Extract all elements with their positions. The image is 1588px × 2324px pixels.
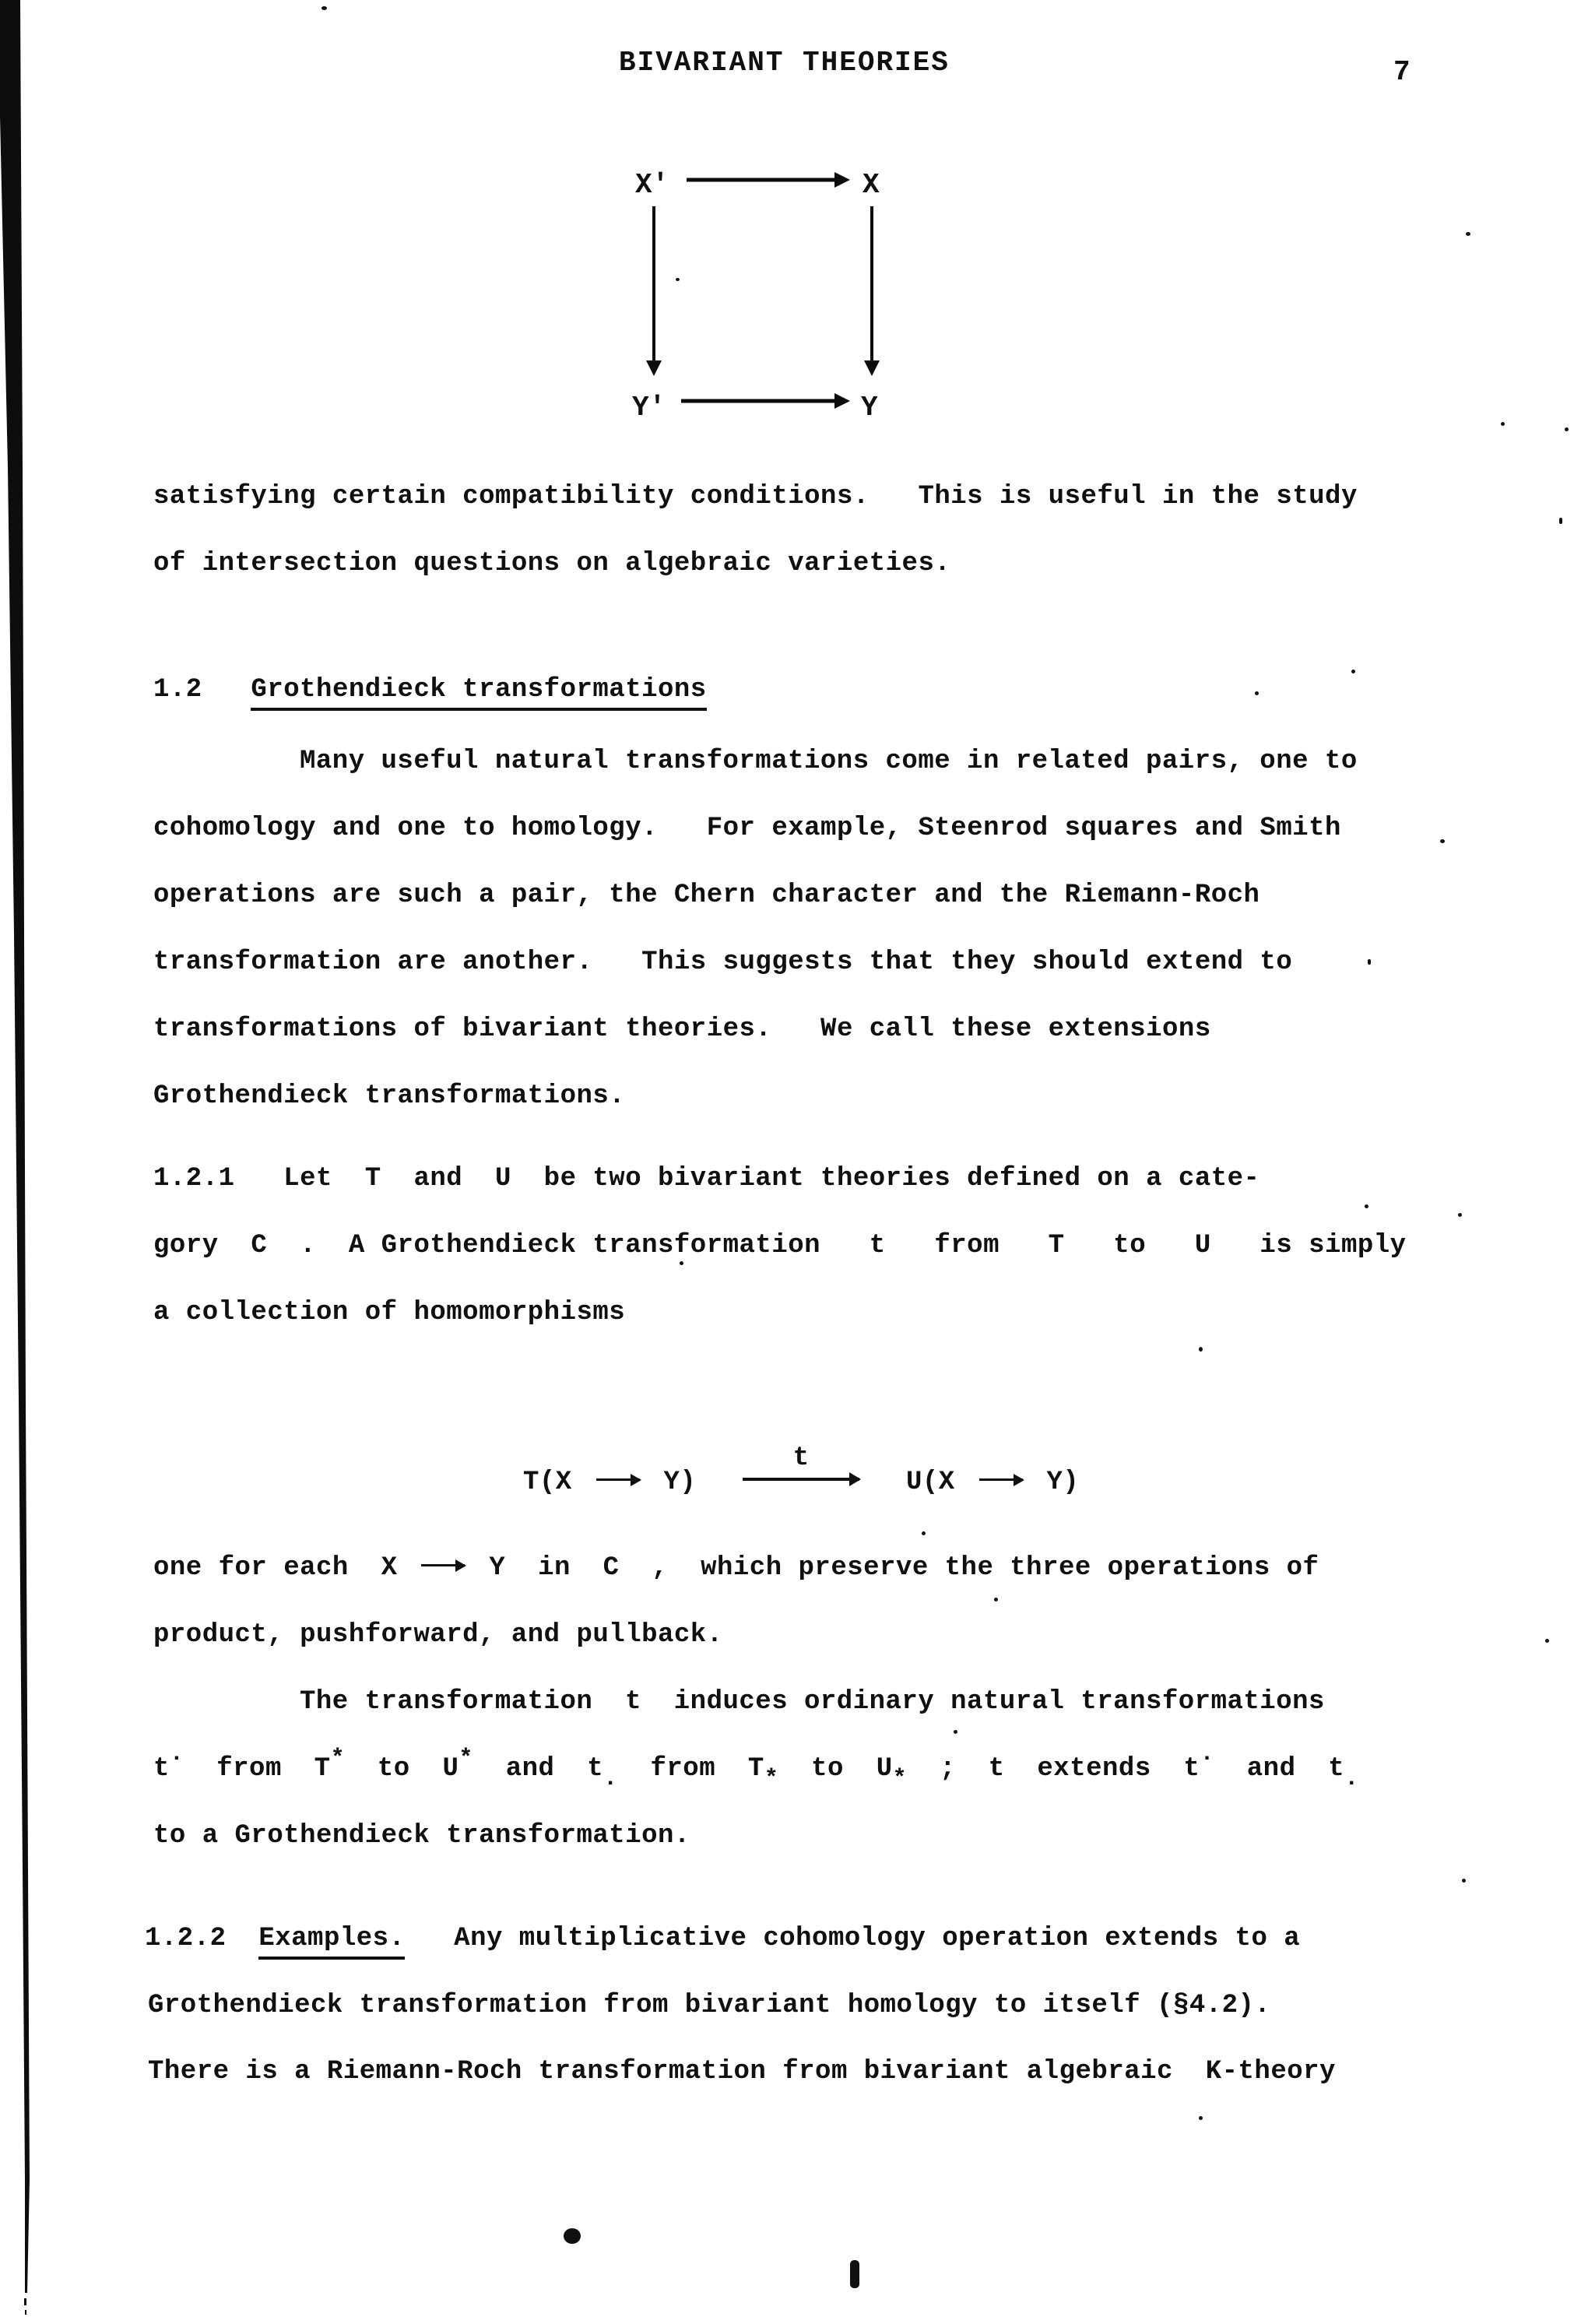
text-line: transformation are another. This suggest… [153, 947, 1292, 978]
section-1-2-2-heading: 1.2.2 Examples. Any multiplicative cohom… [145, 1923, 1300, 1954]
formula-lhs: T(X [523, 1468, 588, 1497]
text-line: satisfying certain compatibility conditi… [153, 481, 1358, 512]
text-line: transformations of bivariant theories. W… [153, 1014, 1211, 1045]
labelled-arrow-icon: t [743, 1478, 859, 1481]
right-arrow-icon [421, 1564, 465, 1566]
text-line: a collection of homomorphisms [153, 1297, 625, 1328]
ink-speck [994, 1598, 998, 1601]
ink-blot [564, 2228, 581, 2244]
text-line: The transformation t induces ordinary na… [300, 1686, 1325, 1718]
text-line: cohomology and one to homology. For exam… [153, 813, 1341, 844]
ink-speck [1351, 670, 1355, 673]
ink-speck [922, 1531, 926, 1535]
page-header-title: BIVARIANT THEORIES [619, 47, 950, 79]
ink-speck [1545, 1639, 1549, 1643]
commutative-square-diagram: X' X Y' Y [615, 152, 911, 432]
induced-transformations-line: t· from T* to U* and t. from T* to U* ; … [153, 1753, 1359, 1785]
text-line: to a Grothendieck transformation. [153, 1820, 690, 1851]
section-title-underlined: Grothendieck transformations [251, 675, 706, 711]
ink-speck [676, 278, 680, 281]
ink-speck [1365, 1204, 1368, 1208]
ink-blot [850, 2260, 859, 2288]
examples-label-underlined: Examples. [258, 1924, 405, 1960]
text-line: Many useful natural transformations come… [300, 746, 1358, 777]
diagram-node-top-right: X [863, 169, 880, 201]
ink-speck [1440, 839, 1445, 843]
right-arrow-icon [596, 1478, 640, 1481]
text-line: operations are such a pair, the Chern ch… [153, 880, 1260, 911]
ink-speck [1462, 1879, 1466, 1883]
text-line: one for each X Y in C , which preserve t… [153, 1552, 1319, 1584]
section-1-2-heading: 1.2 Grothendieck transformations [153, 674, 707, 705]
ink-speck [1466, 232, 1470, 236]
ink-speck [1199, 2116, 1203, 2120]
page-number: 7 [1393, 56, 1411, 88]
text-line: of intersection questions on algebraic v… [153, 548, 950, 579]
ink-speck [321, 6, 327, 10]
text-line: Grothendieck transformations. [153, 1081, 625, 1112]
diagram-node-bottom-left: Y' [632, 392, 666, 424]
scan-edge-artifact [0, 0, 47, 2324]
ink-speck [954, 1730, 957, 1734]
ink-speck [1255, 691, 1259, 695]
right-arrow-icon [979, 1478, 1023, 1481]
ink-speck [1501, 422, 1505, 426]
ink-speck [680, 1261, 683, 1265]
text-line: 1.2.1 Let T and U be two bivariant theor… [153, 1163, 1260, 1194]
section-number: 1.2 [153, 675, 251, 705]
ink-speck [1199, 1347, 1203, 1352]
ink-speck [1368, 959, 1371, 965]
ink-speck [1565, 427, 1569, 431]
diagram-node-top-left: X' [635, 169, 669, 201]
formula-rhs: U(X [906, 1468, 971, 1497]
ink-speck [1458, 1213, 1462, 1217]
scanned-paper-page: BIVARIANT THEORIES 7 X' X Y' Y satisfyin… [0, 0, 1588, 2324]
text-line: gory C . A Grothendieck transformation t… [153, 1230, 1407, 1261]
arrow-label-t: t [793, 1443, 810, 1473]
text-line: Grothendieck transformation from bivaria… [148, 1990, 1270, 2021]
text-line: product, pushforward, and pullback. [153, 1619, 723, 1651]
text-line: There is a Riemann-Roch transformation f… [148, 2056, 1336, 2087]
ink-speck [1559, 518, 1562, 524]
diagram-node-bottom-right: Y [861, 392, 878, 424]
section-number: 1.2.2 [145, 1924, 258, 1953]
formula-t-transformation: T(X Y) t U(X Y) [523, 1467, 1079, 1498]
